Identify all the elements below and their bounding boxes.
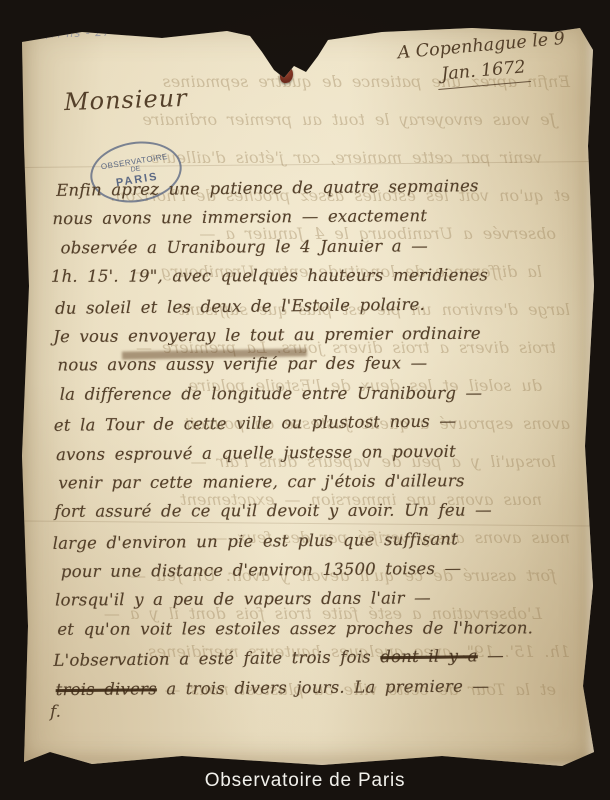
line-text: observée a Uranibourg le 4 Januier a — <box>61 236 428 257</box>
struck-text: trois divers <box>56 679 157 699</box>
manuscript-line: nous avons aussy verifié par des feux — <box>57 353 576 385</box>
manuscript-line: L'observation a esté faite trois fois do… <box>53 645 578 680</box>
line-text: nous avons une immersion — exactement <box>52 206 427 228</box>
archival-shelfmark-note: B4/M lis - 27 <box>30 26 111 42</box>
manuscript-line: pour une distance d'environ 13500 toises… <box>61 558 578 592</box>
line-text: avons esprouvé a quelle justesse on pouv… <box>56 441 456 463</box>
line-text: — <box>478 646 504 665</box>
manuscript-photo: Enfin aprez une patience de quatre sepma… <box>0 0 610 800</box>
line-text: nous avons aussy verifié par des feux — <box>57 354 427 375</box>
manuscript-line: venir par cette maniere, car j'étois d'a… <box>58 470 577 502</box>
manuscript-line: Je vous envoyeray le tout au premier ord… <box>53 323 576 357</box>
line-text: lorsqu'il y a peu de vapeurs dans l'air … <box>55 589 431 610</box>
caption-label: Observatoire de Paris <box>0 770 610 792</box>
manuscript-line: la difference de longitude entre Uranibo… <box>60 383 577 414</box>
manuscript-page: Enfin aprez une patience de quatre sepma… <box>22 26 594 768</box>
manuscript-line: nous avons une immersion — exactement <box>52 205 575 239</box>
line-text: Enfin aprez une patience de quatre sepma… <box>56 176 479 200</box>
manuscript-body: Enfin aprez une patience de quatre sepma… <box>50 176 579 709</box>
line-text: pour une distance d'environ 13500 toises… <box>61 559 462 581</box>
salutation: Monsieur <box>64 84 189 116</box>
line-text: Je vous envoyeray le tout au premier ord… <box>53 324 481 347</box>
manuscript-line: lorsqu'il y a peu de vapeurs dans l'air … <box>55 588 578 620</box>
line-text: du soleil et les deux de l'Estoile polai… <box>55 294 425 317</box>
manuscript-line: et qu'on voit les estoiles assez proches… <box>57 618 578 649</box>
line-text: 1h. 15'. 19", avec quelques hauteurs mer… <box>51 266 488 286</box>
line-text: fort assuré de ce qu'il devoit y avoir. … <box>54 501 491 521</box>
folio-mark: f. <box>50 702 61 722</box>
line-text: large d'environ un pie est plus que suff… <box>53 529 459 552</box>
manuscript-line: trois divers a trois divers jours. La pr… <box>56 675 579 709</box>
line-text: et qu'on voit les estoiles assez proches… <box>57 618 533 638</box>
line-text: la difference de longitude entre Uranibo… <box>60 383 483 403</box>
struck-text: dont il y a <box>380 646 478 666</box>
manuscript-line: et la Tour de cette ville ou plustost no… <box>54 410 577 445</box>
line-text: venir par cette maniere, car j'étois d'a… <box>58 471 464 492</box>
line-text: a trois divers jours. La premiere — <box>157 676 490 698</box>
manuscript-line: 1h. 15'. 19", avec quelques hauteurs mer… <box>51 265 576 296</box>
bleedthrough-line: Je vous envoyeray le tout au premier ord… <box>142 110 556 129</box>
wax-seal-remnant <box>280 66 293 83</box>
manuscript-line: avons esprouvé a quelle justesse on pouv… <box>56 440 577 474</box>
manuscript-line: observée a Uranibourg le 4 Januier a — <box>61 235 576 267</box>
line-text: et la Tour de cette ville ou plustost no… <box>54 412 456 435</box>
line-text: L'observation a esté faite trois fois <box>53 648 380 671</box>
manuscript-line: fort assuré de ce qu'il devoit y avoir. … <box>54 500 577 531</box>
dateline: A Copenhague le 9 Jan. 1672 <box>378 25 587 95</box>
